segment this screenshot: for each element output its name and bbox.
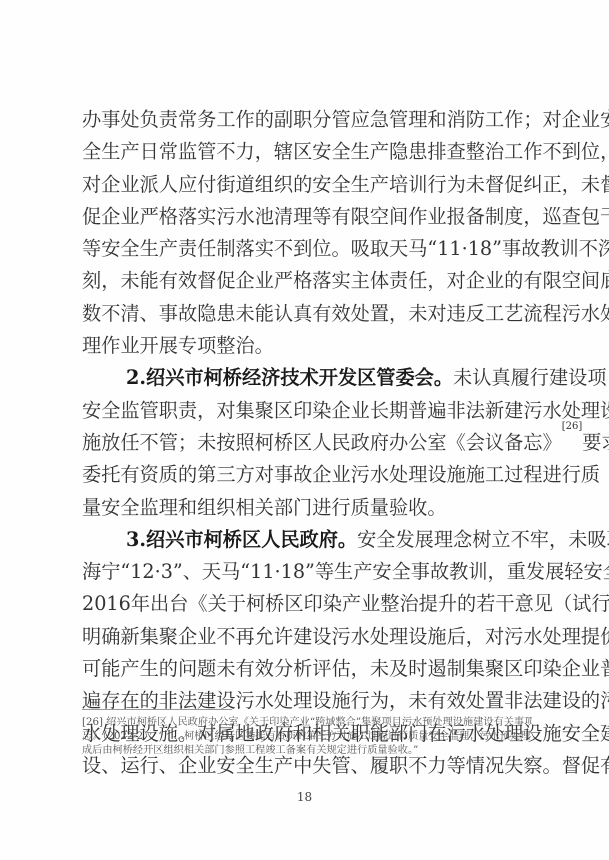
text-line: 量安全监理和组织相关部门进行质量验收。	[82, 492, 532, 524]
text-run: 施放任不管；未按照柯桥区人民政府办公室《会议备忘》	[82, 427, 562, 459]
text-line: 安全监管职责，对集聚区印染企业长期普遍非法新建污水处理设	[82, 395, 532, 427]
section-heading: 2.绍兴市柯桥经济技术开发区管委会。	[126, 362, 453, 394]
section-heading-line: 2.绍兴市柯桥经济技术开发区管委会。未认真履行建设项目	[82, 362, 532, 394]
text-line: 明确新集聚企业不再允许建设污水处理设施后，对污水处理提价	[82, 621, 532, 653]
body-text: 办事处负责常务工作的副职分管应急管理和消防工作；对企业安 全生产日常监管不力，辖…	[82, 104, 532, 782]
text-line: 理作业开展专项整治。	[82, 330, 532, 362]
text-line: 促企业严格落实污水池清理等有限空间作业报备制度，巡查包干	[82, 201, 532, 233]
text-line: 委托有资质的第三方对事故企业污水处理设施施工过程进行质	[82, 459, 532, 491]
document-page: 办事处负责常务工作的副职分管应急管理和消防工作；对企业安 全生产日常监管不力，辖…	[0, 0, 609, 860]
text-line: 可能产生的问题未有效分析评估，未及时遏制集聚区印染企业普	[82, 653, 532, 685]
text-line: 数不清、事故隐患未能认真有效处置，未对违反工艺流程污水处	[82, 298, 532, 330]
page-number: 18	[0, 790, 609, 804]
text-run: 要求，	[582, 427, 609, 459]
text-run: 安全发展理念树立不牢，未吸取	[357, 524, 609, 556]
section-heading: 3.绍兴市柯桥区人民政府。	[126, 524, 357, 556]
footnote-divider	[82, 709, 232, 710]
text-line: 办事处负责常务工作的副职分管应急管理和消防工作；对企业安	[82, 104, 532, 136]
footnote-line: [26] 绍兴市柯桥区人民政府办公室《关于印染产业“跨域整合”集聚项目污水预处理…	[82, 716, 532, 730]
text-line: 等安全生产责任制落实不到位。吸取天马“11·18”事故教训不深	[82, 233, 532, 265]
footnote-ref[interactable]: [26]	[562, 427, 583, 459]
footnote-line: 忘》（2022·2）：“……柯桥区经开区委托有资质的第三方对施工过程进行质量安全…	[82, 730, 532, 744]
footnote-line: 成后由柯桥经开区组织相关部门参照工程竣工备案有关规定进行质量验收。”	[82, 744, 532, 758]
text-line: 对企业派人应付街道组织的安全生产培训行为未督促纠正，未督	[82, 169, 532, 201]
text-line: 2016年出台《关于柯桥区印染产业整治提升的若干意见（试行）》	[82, 588, 532, 620]
text-line: 施放任不管；未按照柯桥区人民政府办公室《会议备忘》[26]要求，	[82, 427, 532, 459]
text-line: 全生产日常监管不力，辖区安全生产隐患排查整治工作不到位，	[82, 136, 532, 168]
text-line: 遍存在的非法建设污水处理设施行为，未有效处置非法建设的污	[82, 685, 532, 717]
text-run: 未认真履行建设项目	[453, 362, 609, 394]
footnote: [26] 绍兴市柯桥区人民政府办公室《关于印染产业“跨域整合”集聚项目污水预处理…	[82, 716, 532, 758]
text-line: 刻，未能有效督促企业严格落实主体责任，对企业的有限空间底	[82, 265, 532, 297]
text-line: 海宁“12·3”、天马“11·18”等生产安全事故教训，重发展轻安全。	[82, 556, 532, 588]
section-heading-line: 3.绍兴市柯桥区人民政府。安全发展理念树立不牢，未吸取	[82, 524, 532, 556]
